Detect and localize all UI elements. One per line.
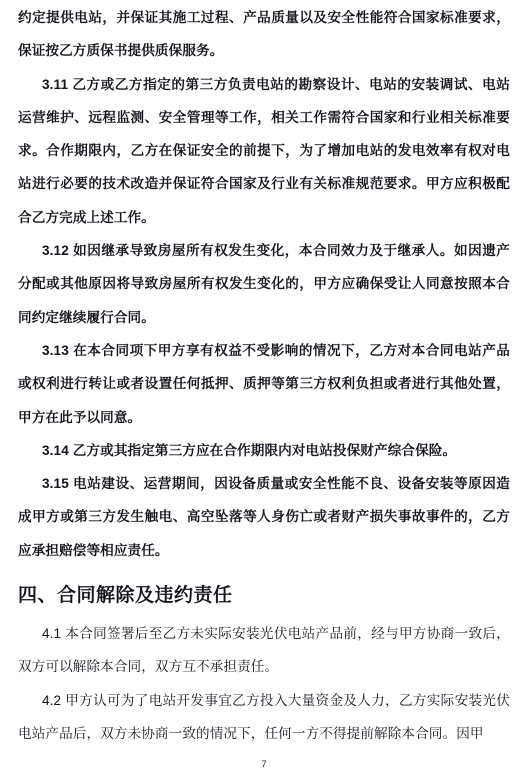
clause-3-11: 3.11 乙方或乙方指定的第三方负责电站的勘察设计、电站的安装调试、电站运营维护… <box>18 68 510 234</box>
clause-3-15: 3.15 电站建设、运营期间，因设备质量或安全性能不良、设备安装等原因造成甲方或… <box>18 467 510 567</box>
document-page: 约定提供电站，并保证其施工过程、产品质量以及安全性能符合国家标准要求，保证按乙方… <box>0 0 528 771</box>
paragraph-continuation: 约定提供电站，并保证其施工过程、产品质量以及安全性能符合国家标准要求，保证按乙方… <box>18 1 510 68</box>
clause-3-12: 3.12 如因继承导致房屋所有权发生变化，本合同效力及于继承人。如因遗产分配或其… <box>18 234 510 334</box>
clause-3-14: 3.14 乙方或其指定第三方应在合作期限内对电站投保财产综合保险。 <box>18 434 510 467</box>
page-number: 7 <box>0 759 528 770</box>
clause-3-13: 3.13 在本合同项下甲方享有权益不受影响的情况下，乙方对本合同电站产品或权利进… <box>18 334 510 434</box>
clause-4-2: 4.2 甲方认可为了电站开发事宜乙方投入大量资金及人力，乙方实际安装光伏电站产品… <box>18 684 510 751</box>
clause-4-1: 4.1 本合同签署后至乙方未实际安装光伏电站产品前，经与甲方协商一致后，双方可以… <box>18 617 510 684</box>
section-heading-4: 四、合同解除及违约责任 <box>18 574 510 617</box>
